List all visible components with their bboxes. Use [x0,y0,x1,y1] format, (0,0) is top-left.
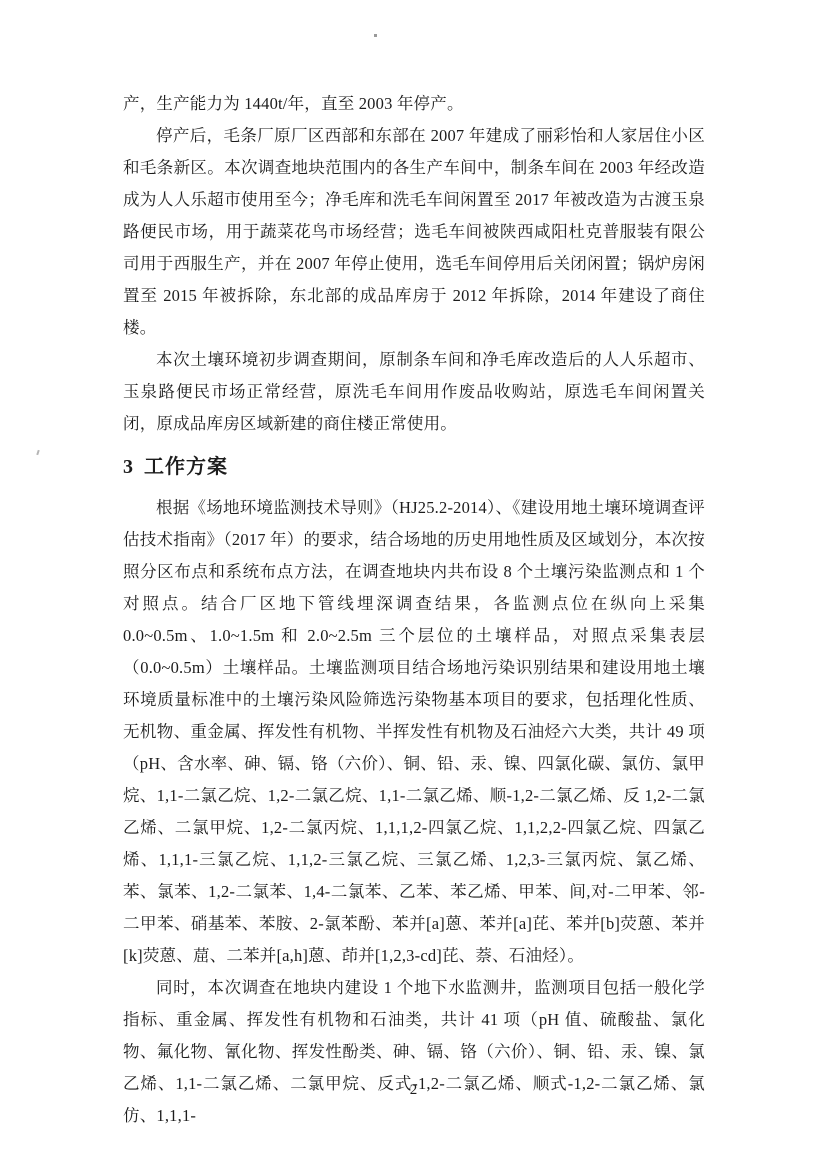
paragraph-soil-monitoring-plan: 根据《场地环境监测技术导则》（HJ25.2-2014）、《建设用地土壤环境调查评… [123,492,705,972]
document-page: 产，生产能力为 1440t/年，直至 2003 年停产。 停产后，毛条厂原厂区西… [0,0,827,1170]
page-footer: 2 [0,1080,827,1100]
section-heading-work-plan: 3 工作方案 [123,452,705,482]
page-number: 2 [410,1082,418,1098]
scan-artifact-dot [374,34,377,37]
scan-artifact-tick [36,450,39,455]
paragraph-current-status: 本次土壤环境初步调查期间，原制条车间和净毛库改造后的人人乐超市、玉泉路便民市场正… [123,344,705,440]
page-content: 产，生产能力为 1440t/年，直至 2003 年停产。 停产后，毛条厂原厂区西… [123,88,705,1132]
paragraph-factory-history: 停产后，毛条厂原厂区西部和东部在 2007 年建成了丽彩怡和人家居住小区和毛条新… [123,120,705,344]
paragraph-groundwater-monitoring-plan: 同时，本次调查在地块内建设 1 个地下水监测井，监测项目包括一般化学指标、重金属… [123,972,705,1132]
paragraph-production-end: 产，生产能力为 1440t/年，直至 2003 年停产。 [123,88,705,120]
